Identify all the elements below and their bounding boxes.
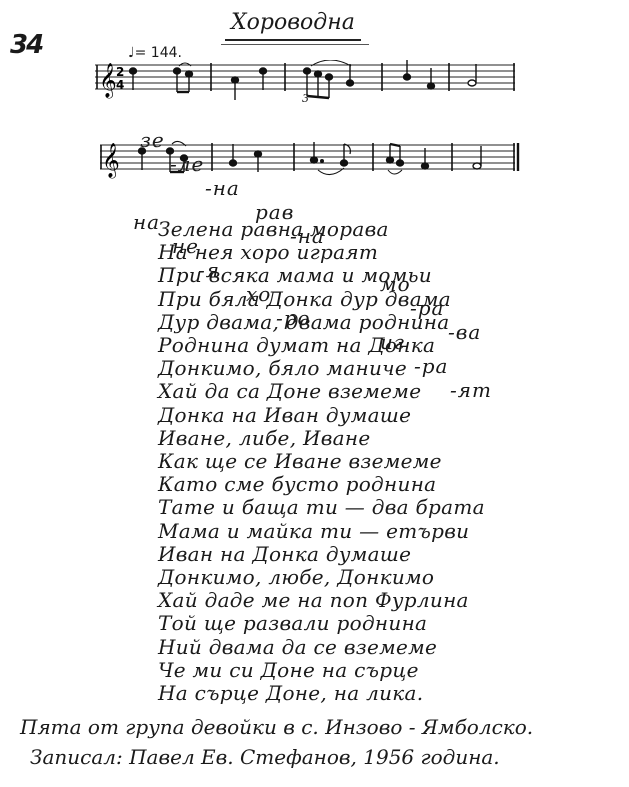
verse-line: Като сме бусто роднина [158,473,485,496]
song-title: Хороводна [225,10,361,41]
verse-line: Той ще развали роднина [158,612,485,635]
lyric-syllable: на [133,210,160,234]
recorded-by: Записал: Павел Ев. Стефанов, 1956 година… [20,742,533,772]
verse-line: При бяла Донка дур двама [158,288,485,311]
verse-line: Иване, либе, Иване [158,427,485,450]
staff-1-lyrics: зе -ле -на рав -на 3 мо -ра -ва [0,104,629,130]
verse-line: Мама и майка ти — етърви [158,520,485,543]
source-note: Пята от група девойки в с. Инзово - Ямбо… [20,712,533,772]
verse-line: Роднина думат на Донка [158,334,485,357]
svg-text:4: 4 [116,78,124,92]
verse-line: Донка на Иван думаше [158,404,485,427]
verse-line: При всяка мама и момьи [158,264,485,287]
verse-line: Хай даде ме на поп Фурлина [158,589,485,612]
treble-clef-icon: 𝄞 [102,143,120,179]
treble-clef-icon: 𝄞 [99,63,117,99]
performer-source: Пята от група девойки в с. Инзово - Ямбо… [20,712,533,742]
verse-line: Донкимо, бяло маниче [158,357,485,380]
verse-line: Дур двама, двама роднина [158,311,485,334]
song-verse: Зелена равна морава На нея хоро играят П… [158,218,485,705]
verse-line: Зелена равна морава [158,218,485,241]
verse-line: Хай да са Доне вземеме [158,380,485,403]
music-staff-1: 𝄞 2 4 [95,60,525,110]
music-staff-2: 𝄞 [100,140,530,190]
verse-line: Ний двама да се вземеме [158,636,485,659]
page-number: 34 [10,30,42,60]
verse-line: Как ще се Иване вземеме [158,450,485,473]
svg-text:2: 2 [116,65,124,79]
verse-line: Тате и баща ти — два брата [158,496,485,519]
tempo-marking: ♩= 144. [128,45,182,61]
verse-line: Иван на Донка думаше [158,543,485,566]
verse-line: Че ми си Доне на сърце [158,659,485,682]
staff-2-lyrics: на не -я хо -ро иг -ра -ят [0,186,629,212]
verse-line: Донкимо, любе, Донкимо [158,566,485,589]
verse-line: На нея хоро играят [158,241,485,264]
verse-line: На сърце Доне, на лика. [158,682,485,705]
triplet-mark: 3 [302,92,310,105]
